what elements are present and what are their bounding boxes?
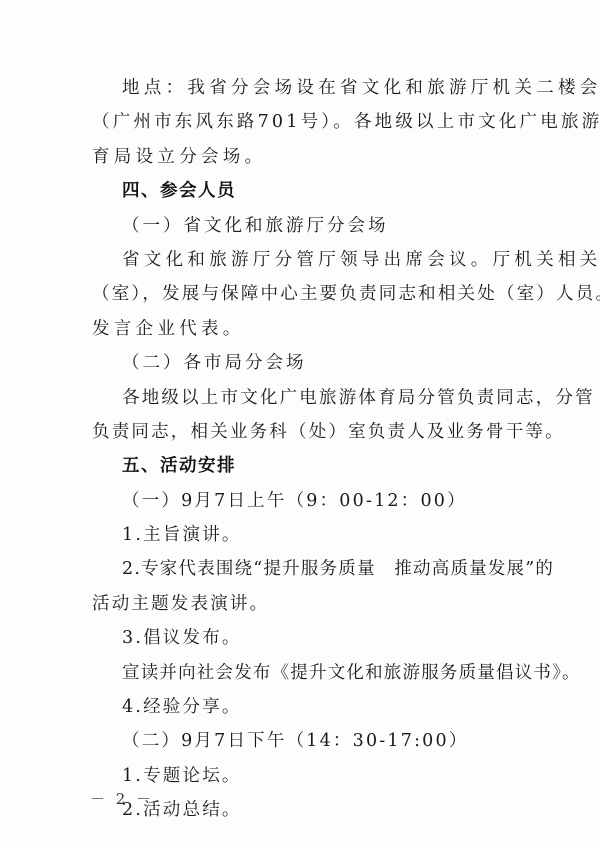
section-heading-attendees: 四、参会人员	[92, 174, 512, 208]
schedule-morning-heading: （一）9月7日上午（9：00-12：00）	[92, 484, 512, 518]
city-attendees-line-2: 负责同志，相关业务科（处）室负责人及业务骨干等。	[92, 415, 512, 449]
city-attendees-line-1: 各地级以上市文化广电旅游体育局分管负责同志，分管	[92, 381, 512, 415]
document-body: 地点：我省分会场设在省文化和旅游厅机关二楼会议室 （广州市东风东路701号）。各…	[92, 71, 512, 828]
location-line-2: （广州市东风东路701号）。各地级以上市文化广电旅游体	[92, 105, 512, 139]
location-line-1: 地点：我省分会场设在省文化和旅游厅机关二楼会议室	[92, 71, 512, 105]
subsection-heading-provincial-venue: （一）省文化和旅游厅分会场	[92, 209, 512, 243]
provincial-attendees-line-1: 省文化和旅游厅分管厅领导出席会议。厅机关相关	[92, 243, 512, 277]
schedule-item-initiative: 3.倡议发布。	[92, 621, 512, 655]
location-line-3: 育局设立分会场。	[92, 140, 512, 174]
section-heading-schedule: 五、活动安排	[92, 449, 512, 483]
schedule-item-expert-speech-line-2: 活动主题发表演讲。	[92, 587, 512, 621]
provincial-attendees-line-3: 发言企业代表。	[92, 312, 512, 346]
schedule-item-expert-speech-line-1: 2.专家代表围绕“提升服务质量 推动高质量发展”的	[92, 552, 512, 586]
schedule-item-forum: 1.专题论坛。	[92, 759, 512, 793]
schedule-item-keynote: 1.主旨演讲。	[92, 518, 512, 552]
page-number: － 2 －	[90, 788, 154, 809]
subsection-heading-city-venue: （二）各市局分会场	[92, 346, 512, 380]
schedule-item-summary: 2.活动总结。	[92, 793, 512, 827]
document-page: 地点：我省分会场设在省文化和旅游厅机关二楼会议室 （广州市东风东路701号）。各…	[0, 0, 600, 848]
provincial-attendees-line-2: （室），发展与保障中心主要负责同志和相关处（室）人员。	[92, 277, 512, 311]
schedule-item-initiative-detail: 宣读并向社会发布《提升文化和旅游服务质量倡议书》。	[92, 656, 512, 690]
schedule-item-experience-sharing: 4.经验分享。	[92, 690, 512, 724]
schedule-afternoon-heading: （二）9月7日下午（14：30-17:00）	[92, 724, 512, 758]
